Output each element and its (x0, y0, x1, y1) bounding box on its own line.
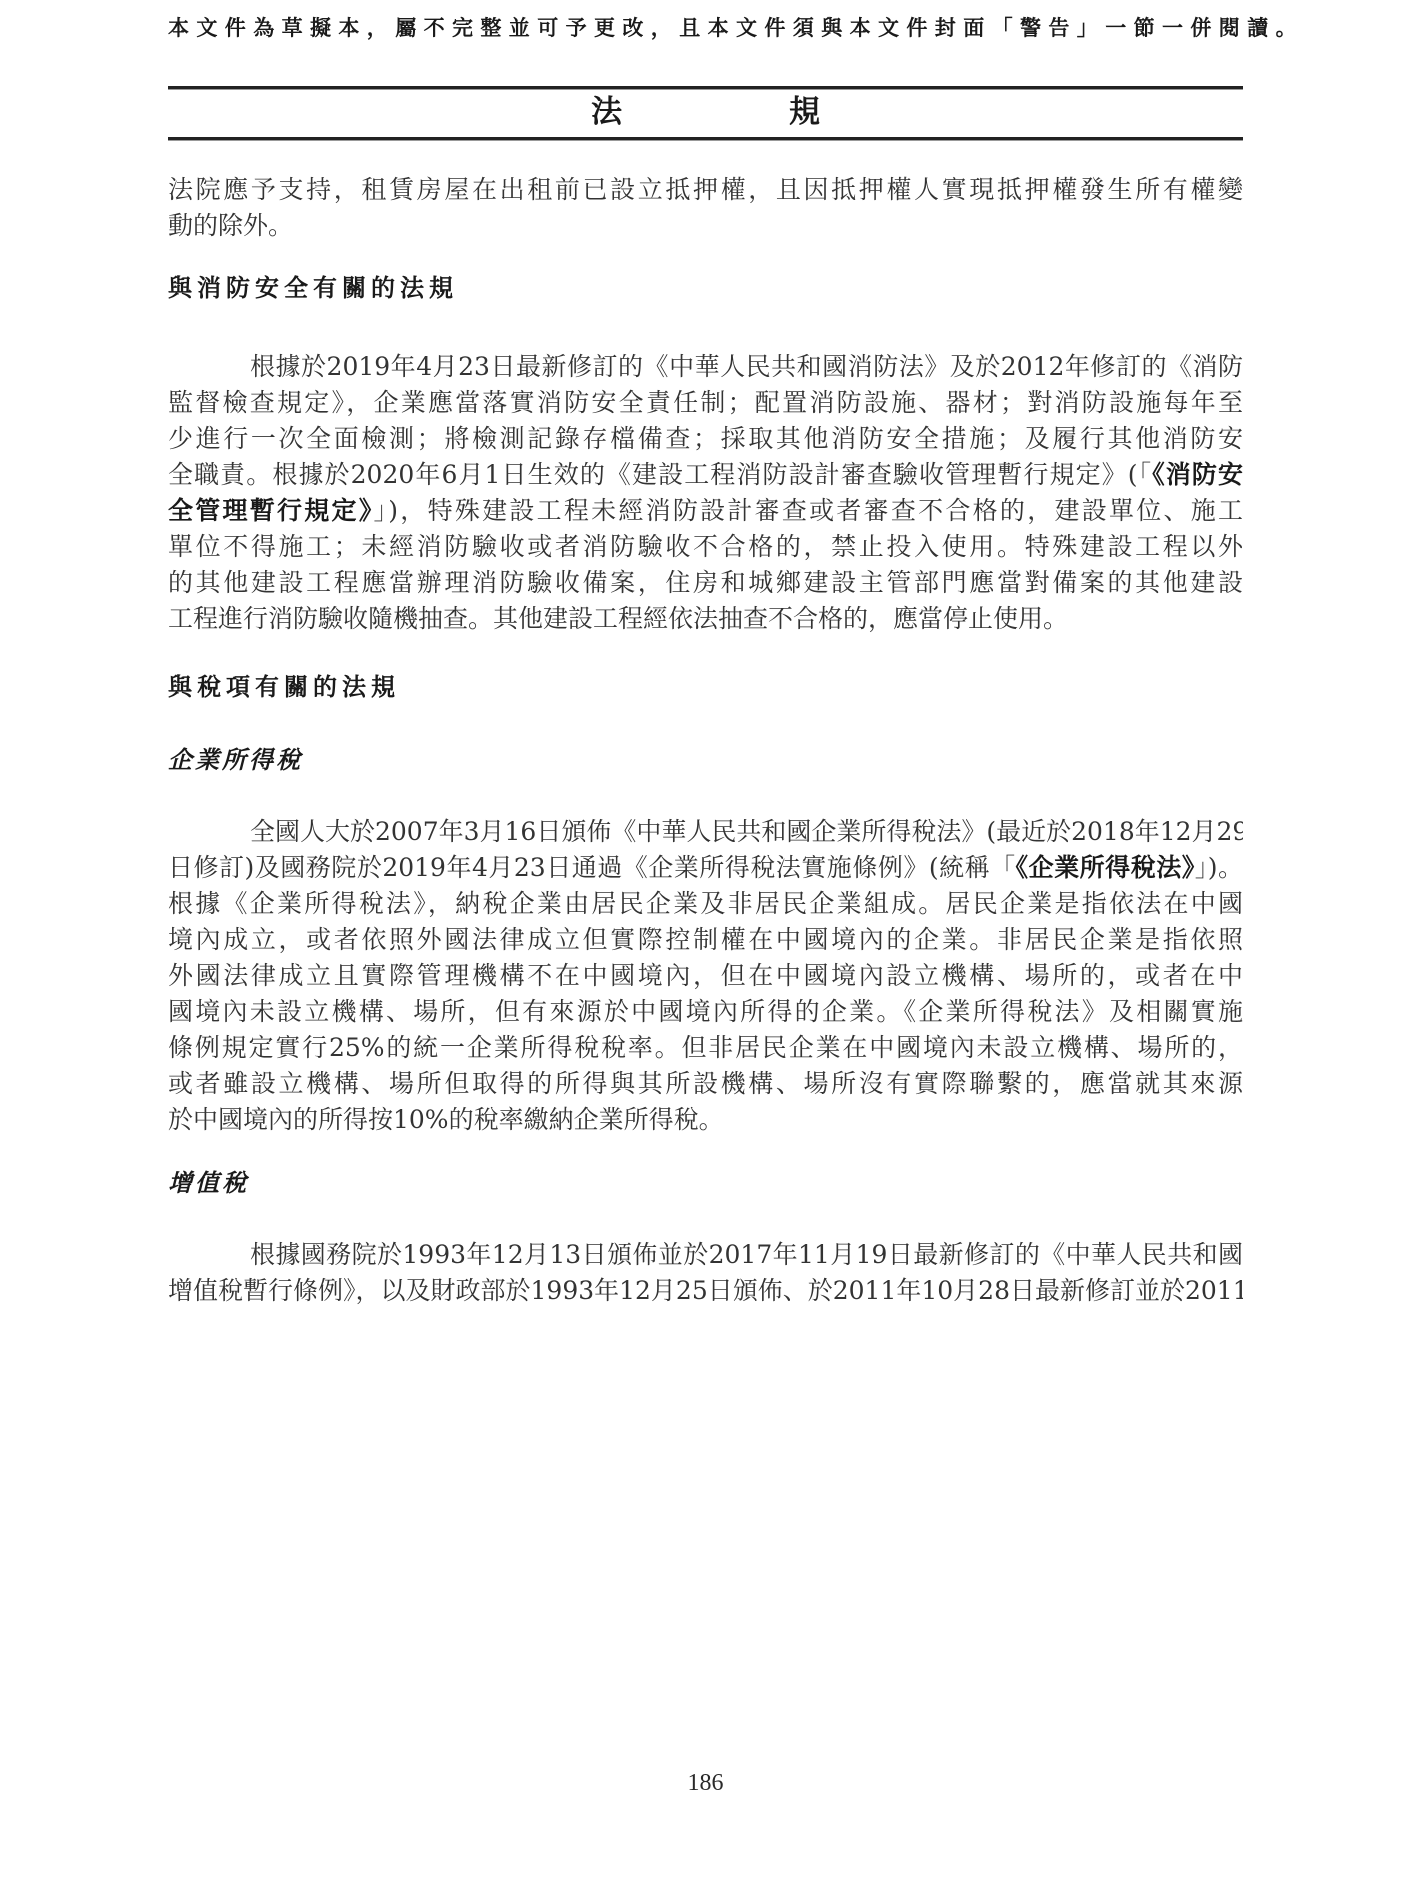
paragraph-line: 少進行一次全面檢測；將檢測記錄存檔備查；採取其他消防安全措施；及履行其他消防安 (168, 421, 1243, 457)
paragraph-line: 根據於2019年4月23日最新修訂的《中華人民共和國消防法》及於2012年修訂的… (168, 349, 1243, 385)
paragraph-line: 境內成立，或者依照外國法律成立但實際控制權在中國境內的企業。非居民企業是指依照 (168, 922, 1243, 958)
paragraph-line: 根據國務院於1993年12月13日頒佈並於2017年11月19日最新修訂的《中華… (168, 1237, 1243, 1273)
paragraph-line: 條例規定實行25%的統一企業所得稅稅率。但非居民企業在中國境內未設立機構、場所的… (168, 1030, 1243, 1066)
paragraph-line: 動的除外。 (168, 208, 1243, 244)
paragraph-line: 或者雖設立機構、場所但取得的所得與其所設機構、場所沒有實際聯繫的，應當就其來源 (168, 1066, 1243, 1102)
defined-term: 全管理暫行規定》 (168, 496, 374, 525)
section-title: 法 規 (168, 92, 1243, 132)
text-run: 日修訂)及國務院於2019年4月23日通過《企業所得稅法實施條例》(統稱「 (168, 853, 1016, 882)
heading-fire-safety: 與消防安全有關的法規 (168, 271, 458, 305)
subheading-vat: 增值稅 (168, 1166, 249, 1200)
draft-disclaimer: 本文件為草擬本，屬不完整並可予更改，且本文件須與本文件封面「警告」一節一併閱讀。 (168, 12, 1168, 44)
continuation-paragraph: 法院應予支持，租賃房屋在出租前已設立抵押權，且因抵押權人實現抵押權發生所有權變 … (168, 172, 1243, 244)
paragraph-line: 法院應予支持，租賃房屋在出租前已設立抵押權，且因抵押權人實現抵押權發生所有權變 (168, 172, 1243, 208)
paragraph-line: 根據《企業所得稅法》，納稅企業由居民企業及非居民企業組成。居民企業是指依法在中國 (168, 886, 1243, 922)
paragraph-line: 監督檢查規定》，企業應當落實消防安全責任制；配置消防設施、器材；對消防設施每年至 (168, 385, 1243, 421)
paragraph-line: 的其他建設工程應當辦理消防驗收備案，住房和城鄉建設主管部門應當對備案的其他建設 (168, 565, 1243, 601)
subheading-eit: 企業所得稅 (168, 743, 303, 777)
paragraph-line: 工程進行消防驗收隨機抽查。其他建設工程經依法抽查不合格的，應當停止使用。 (168, 601, 1243, 637)
title-rule-bottom (168, 137, 1243, 140)
defined-term: 《企業所得稅法》 (1016, 853, 1195, 882)
paragraph-line: 外國法律成立且實際管理機構不在中國境內，但在中國境內設立機構、場所的，或者在中 (168, 958, 1243, 994)
text-run: 」)，特殊建設工程未經消防設計審查或者審查不合格的，建設單位、施工 (374, 496, 1243, 525)
text-run: 全職責。根據於2020年6月1日生效的《建設工程消防設計審查驗收管理暫行規定》(… (168, 460, 1152, 489)
paragraph-line: 全管理暫行規定》」)，特殊建設工程未經消防設計審查或者審查不合格的，建設單位、施… (168, 493, 1243, 529)
fire-safety-paragraph: 根據於2019年4月23日最新修訂的《中華人民共和國消防法》及於2012年修訂的… (168, 349, 1243, 637)
heading-tax: 與稅項有關的法規 (168, 670, 400, 704)
paragraph-line: 單位不得施工；未經消防驗收或者消防驗收不合格的，禁止投入使用。特殊建設工程以外 (168, 529, 1243, 565)
paragraph-line: 國境內未設立機構、場所，但有來源於中國境內所得的企業。《企業所得稅法》及相關實施 (168, 994, 1243, 1030)
defined-term: 《消防安 (1152, 460, 1243, 489)
text-run: 」)。 (1195, 853, 1243, 882)
vat-paragraph: 根據國務院於1993年12月13日頒佈並於2017年11月19日最新修訂的《中華… (168, 1237, 1243, 1309)
paragraph-line: 增值稅暫行條例》，以及財政部於1993年12月25日頒佈、於2011年10月28… (168, 1273, 1243, 1309)
paragraph-line: 全國人大於2007年3月16日頒佈《中華人民共和國企業所得稅法》(最近於2018… (168, 814, 1243, 850)
eit-paragraph: 全國人大於2007年3月16日頒佈《中華人民共和國企業所得稅法》(最近於2018… (168, 814, 1243, 1138)
paragraph-line: 全職責。根據於2020年6月1日生效的《建設工程消防設計審查驗收管理暫行規定》(… (168, 457, 1243, 493)
page-number: 186 (0, 1768, 1411, 1798)
paragraph-line: 於中國境內的所得按10%的稅率繳納企業所得稅。 (168, 1102, 1243, 1138)
title-rule-top (168, 86, 1243, 89)
paragraph-line: 日修訂)及國務院於2019年4月23日通過《企業所得稅法實施條例》(統稱「《企業… (168, 850, 1243, 886)
